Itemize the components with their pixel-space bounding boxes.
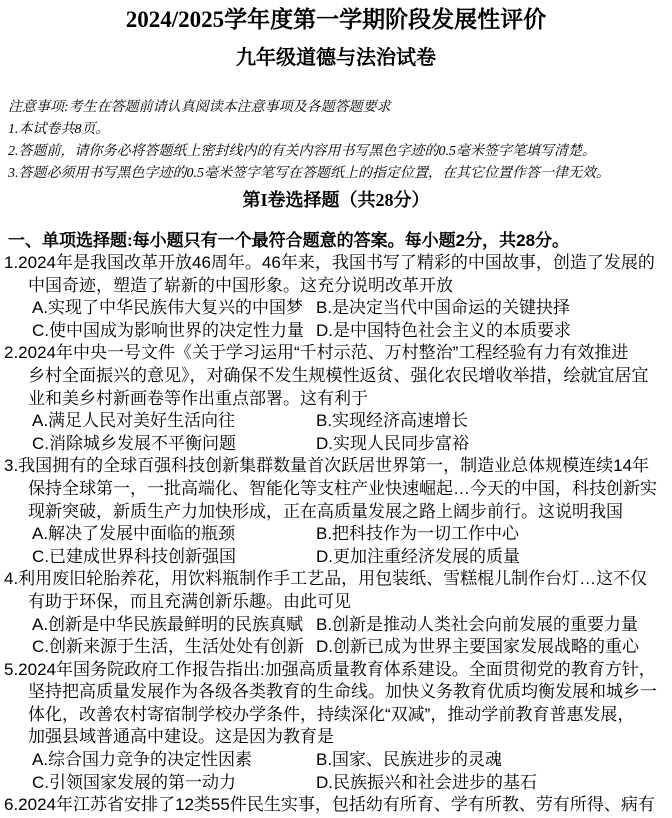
option-row: C.使中国成为影响世界的决定性力量 D.是中国特色社会主义的本质要求 xyxy=(0,320,672,343)
question-5: 5.2024年国务院政府工作报告指出:加强高质量教育体系建设。全面贯彻党的教育方… xyxy=(0,659,672,795)
question-stem-line: 乡村全面振兴的意见》，对确保不发生规模性返贫、强化农民增收举措，绘就宜居宜 xyxy=(0,365,672,388)
option-row: A.解决了发展中面临的瓶颈 B.把科技作为一切工作中心 xyxy=(0,523,672,546)
option-b: B.是决定当代中国命运的关键抉择 xyxy=(316,297,672,320)
option-row: C.创新来源于生活，生活处处有创新 D.创新已成为世界主要国家发展战略的重心 xyxy=(0,636,672,659)
option-d: D.创新已成为世界主要国家发展战略的重心 xyxy=(316,636,672,659)
question-stem-line: 2.2024年中央一号文件《关于学习运用“千村示范、万村整治”工程经验有力有效推… xyxy=(0,342,672,365)
notice-item-3: 3.答题必须用书写黑色字迹的0.5毫米签字笔写在答题纸上的指定位置，在其它位置作… xyxy=(8,163,672,185)
option-b: B.实现经济高速增长 xyxy=(316,410,672,433)
option-row: C.已建成世界科技创新强国 D.更加注重经济发展的质量 xyxy=(0,546,672,569)
question-4: 4.利用废旧轮胎养花，用饮料瓶制作手工艺品，用包装纸、雪糕棍儿制作台灯…这不仅 … xyxy=(0,568,672,658)
question-1: 1.2024年是我国改革开放46周年。46年来，我国书写了精彩的中国故事，创造了… xyxy=(0,252,672,342)
question-stem-line: 3.我国拥有的全球百强科技创新集群数量首次跃居世界第一，制造业总体规模连续14年 xyxy=(0,455,672,478)
section-instruction: 一、单项选择题:每小题只有一个最符合题意的答案。每小题2分，共28分。 xyxy=(0,229,672,252)
option-row: A.创新是中华民族最鲜明的民族真赋 B.创新是推动人类社会向前发展的重要力量 xyxy=(0,614,672,637)
option-c: C.创新来源于生活，生活处处有创新 xyxy=(32,636,316,659)
notice-item-1: 1.本试卷共8页。 xyxy=(8,119,672,141)
question-stem-line: 1.2024年是我国改革开放46周年。46年来，我国书写了精彩的中国故事，创造了… xyxy=(0,252,672,275)
option-row: C.消除城乡发展不平衡问题 D.实现人民同步富裕 xyxy=(0,433,672,456)
question-stem-line: 5.2024年国务院政府工作报告指出:加强高质量教育体系建设。全面贯彻党的教育方… xyxy=(0,659,672,682)
option-b: B.把科技作为一切工作中心 xyxy=(316,523,672,546)
option-c: C.消除城乡发展不平衡问题 xyxy=(32,433,316,456)
option-a: A.创新是中华民族最鲜明的民族真赋 xyxy=(32,614,316,637)
option-d: D.更加注重经济发展的质量 xyxy=(316,546,672,569)
exam-title: 2024/2025学年度第一学期阶段发展性评价 xyxy=(0,6,672,34)
question-stem-line: 中国奇迹，塑造了崭新的中国形象。这充分说明改革开放 xyxy=(0,275,672,298)
option-c: C.已建成世界科技创新强国 xyxy=(32,546,316,569)
question-stem-line: 业和美乡村新画卷等作出重点部署。这有利于 xyxy=(0,388,672,411)
question-stem-line: 4.利用废旧轮胎养花，用饮料瓶制作手工艺品，用包装纸、雪糕棍儿制作台灯…这不仅 xyxy=(0,568,672,591)
question-6: 6.2024年江苏省安排了12类55件民生实事，包括幼有所育、学有所教、劳有所得… xyxy=(0,794,672,817)
option-b: B.国家、民族进步的灵魂 xyxy=(316,749,672,772)
notice-header: 注意事项:考生在答题前请认真阅读本注意事项及各题答题要求 xyxy=(8,97,672,119)
option-a: A.解决了发展中面临的瓶颈 xyxy=(32,523,316,546)
option-c: C.引领国家发展的第一动力 xyxy=(32,772,316,795)
question-stem-line: 保持全球第一，一批高端化、智能化等支柱产业快速崛起…今天的中国，科技创新实 xyxy=(0,478,672,501)
question-2: 2.2024年中央一号文件《关于学习运用“千村示范、万村整治”工程经验有力有效推… xyxy=(0,342,672,455)
option-a: A.满足人民对美好生活向往 xyxy=(32,410,316,433)
question-stem-line: 有助于环保，而且充满创新乐趣。由此可见 xyxy=(0,591,672,614)
question-stem-line: 6.2024年江苏省安排了12类55件民生实事，包括幼有所育、学有所教、劳有所得… xyxy=(0,794,672,817)
option-a: A.实现了中华民族伟大复兴的中国梦 xyxy=(32,297,316,320)
question-3: 3.我国拥有的全球百强科技创新集群数量首次跃居世界第一，制造业总体规模连续14年… xyxy=(0,455,672,568)
exam-subtitle: 九年级道德与法治试卷 xyxy=(0,45,672,71)
notice-item-2: 2.答题前，请你务必将答题纸上密封线内的有关内容用书写黑色字迹的0.5毫米签字笔… xyxy=(8,141,672,163)
option-d: D.实现人民同步富裕 xyxy=(316,433,672,456)
question-stem-line: 现新突破，新质生产力加快形成，正在高质量发展之路上阔步前行。这说明我国 xyxy=(0,501,672,524)
question-stem-line: 加强县域普通高中建设。这是因为教育是 xyxy=(0,726,672,749)
question-stem-line: 体化，改善农村寄宿制学校办学条件，持续深化“双减”，推动学前教育普惠发展， xyxy=(0,704,672,727)
option-row: A.实现了中华民族伟大复兴的中国梦 B.是决定当代中国命运的关键抉择 xyxy=(0,297,672,320)
notice-section: 注意事项:考生在答题前请认真阅读本注意事项及各题答题要求 1.本试卷共8页。 2… xyxy=(0,97,672,185)
option-d: D.民族振兴和社会进步的基石 xyxy=(316,772,672,795)
option-d: D.是中国特色社会主义的本质要求 xyxy=(316,320,672,343)
option-c: C.使中国成为影响世界的决定性力量 xyxy=(32,320,316,343)
option-row: C.引领国家发展的第一动力 D.民族振兴和社会进步的基石 xyxy=(0,772,672,795)
option-b: B.创新是推动人类社会向前发展的重要力量 xyxy=(316,614,672,637)
option-a: A.综合国力竞争的决定性因素 xyxy=(32,749,316,772)
question-stem-line: 坚持把高质量发展作为各级各类教育的生命线。加快义务教育优质均衡发展和城乡一 xyxy=(0,681,672,704)
section-title: 第I卷选择题（共28分） xyxy=(0,187,672,213)
option-row: A.满足人民对美好生活向往 B.实现经济高速增长 xyxy=(0,410,672,433)
exam-paper-page: 2024/2025学年度第一学期阶段发展性评价 九年级道德与法治试卷 注意事项:… xyxy=(0,0,672,818)
question-list: 1.2024年是我国改革开放46周年。46年来，我国书写了精彩的中国故事，创造了… xyxy=(0,252,672,817)
option-row: A.综合国力竞争的决定性因素 B.国家、民族进步的灵魂 xyxy=(0,749,672,772)
